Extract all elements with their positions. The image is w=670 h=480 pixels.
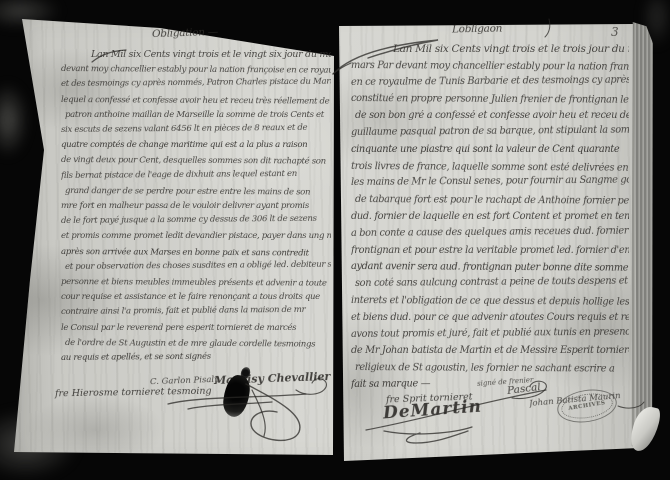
manuscript-line: constitué en propre personne Julien fren… — [351, 91, 629, 109]
left-page-text: Lan Mil six Cents vingt trois et le ving… — [61, 47, 331, 366]
manuscript-line: cinquante une piastre qui sont la valeur… — [351, 142, 629, 159]
manuscript-line: avons tout promis et juré, fait et publi… — [351, 324, 629, 343]
manuscript-line: de le fort payé jusque a la somme cy des… — [61, 212, 331, 230]
manuscript-line: six escuts de sezens valant 6456 lt en p… — [61, 121, 331, 139]
left-page-header: Obligation — — [152, 26, 218, 40]
backdrop-smudge — [0, 0, 62, 28]
right-page-text: Lan Mil six Cents vingt trois et le troi… — [351, 41, 629, 394]
manuscript-line: de tabarque fort est pour le rachapt de … — [355, 192, 629, 210]
manuscript-line: Lan Mil six Cents vingt trois et le troi… — [351, 41, 629, 58]
archive-stamp-label: ARCHIVES — [568, 400, 606, 412]
manuscript-scan: Obligation — Lobligaon 3 Lan Mil six Cen… — [0, 0, 670, 480]
book-fore-edge — [631, 22, 653, 450]
right-page-header: Lobligaon — [452, 23, 502, 36]
manuscript-line: de Mr Johan batista de Martin et de Mess… — [351, 343, 629, 360]
manuscript-line: interets et l'obligation de ce que dessu… — [351, 293, 629, 311]
manuscript-line: contraire ainsi l'a promis, fait et publ… — [61, 303, 331, 321]
page-number: 3 — [611, 25, 618, 39]
manuscript-line: frontignan et pour estre la veritable pr… — [351, 243, 629, 260]
manuscript-line: au requis et apellés, et se sont signés — [61, 349, 331, 367]
manuscript-line: quatre comptés de change maritime qui es… — [61, 138, 331, 153]
manuscript-line: les mains de Mr le Consul senes, pour fo… — [351, 173, 629, 192]
manuscript-line: et pour observation des choses susdites … — [65, 258, 331, 276]
backdrop-smudge — [0, 408, 80, 480]
manuscript-line: Lan Mil six Cents vingt trois et le ving… — [61, 47, 331, 62]
manuscript-line: guillaume pasqual patron de sa barque, o… — [351, 123, 629, 142]
manuscript-line: et des tesmoings cy après nommés, Patron… — [61, 75, 331, 93]
backdrop-smudge — [0, 82, 28, 158]
manuscript-line: son coté sans aulcung contrast a peine d… — [355, 274, 629, 293]
signature-pascal: Pascal — [506, 381, 541, 397]
manuscript-line: fait sa marque — — [351, 376, 462, 394]
manuscript-line: le Consul par le reverend pere esperit t… — [61, 321, 331, 336]
manuscript-line: fils bernat pistace de l'eage de dixhuit… — [61, 166, 331, 184]
manuscript-line: a bon conte a cause des quelques amis re… — [351, 223, 629, 242]
manuscript-line: et promis comme promet ledit devandier p… — [61, 229, 331, 244]
signature-tornieret-left: fre Hierosme tornieret tesmoing — [55, 386, 212, 400]
manuscript-line: en ce royaulme de Tunis Barbarie et des … — [351, 72, 629, 91]
